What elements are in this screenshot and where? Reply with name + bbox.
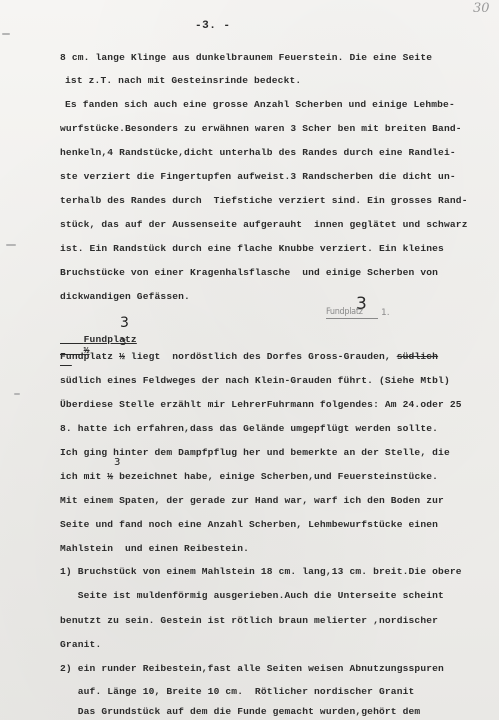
text-line: ist z.T. nach mit Gesteinsrinde bedeckt.: [65, 75, 301, 86]
text-line: 8 cm. lange Klinge aus dunkelbraunem Feu…: [60, 52, 432, 63]
text-line: terhalb des Randes durch Tiefstiche verz…: [60, 195, 468, 206]
text-line: ste verziert die Fingertupfen aufweist.3…: [60, 171, 456, 182]
text-line: wurfstücke.Besonders zu erwähnen waren 3…: [60, 123, 462, 134]
stamp-number: 3: [356, 294, 367, 314]
stamp-tail: 1.: [381, 308, 390, 318]
list-item-line: 2) ein runder Reibestein,fast alle Seite…: [60, 663, 444, 674]
text-line: Fundplatz ½ liegt nordöstlich des Dorfes…: [60, 351, 438, 362]
text-line: Mit einem Spaten, der gerade zur Hand wa…: [60, 495, 444, 506]
margin-mark: [2, 33, 10, 35]
text-segment: Fundplatz: [60, 351, 119, 362]
list-item-line: auf. Länge 10, Breite 10 cm. Rötlicher n…: [60, 686, 414, 697]
text-line: 8. hatte ich erfahren,dass das Gelände u…: [60, 423, 438, 434]
list-item-line: Das Grundstück auf dem die Funde gemacht…: [60, 706, 420, 717]
text-segment: bezeichnet habe, einige Scherben,und Feu…: [113, 471, 438, 482]
page-number: -3. -: [195, 20, 231, 32]
text-line: Seite und fand noch eine Anzahl Scherben…: [60, 519, 438, 530]
margin-mark: [14, 393, 20, 395]
text-line: dickwandigen Gefässen.: [60, 291, 190, 302]
handwritten-superscript: 3: [114, 457, 120, 468]
text-line: Es fanden sich auch eine grosse Anzahl S…: [65, 99, 455, 110]
text-segment: ich mit: [60, 471, 107, 482]
list-item-line: Granit.: [60, 639, 101, 650]
text-line: südlich eines Feldweges der nach Klein-G…: [60, 375, 450, 386]
handwritten-superscript: 3: [120, 337, 126, 348]
margin-mark: [6, 244, 16, 246]
document-page: 30 -3. - 8 cm. lange Klinge aus dunkelbr…: [0, 0, 499, 720]
text-line: Mahlstein und einen Reibestein.: [60, 543, 249, 554]
text-line: ist. Ein Randstück durch eine flache Knu…: [60, 243, 444, 254]
struck-text: südlich: [397, 351, 438, 362]
text-line: Bruchstücke von einer Kragenhalsflasche …: [60, 267, 438, 278]
list-item-line: 1) Bruchstück von einem Mahlstein 18 cm.…: [60, 566, 462, 577]
text-line: ich mit ½ bezeichnet habe, einige Scherb…: [60, 471, 438, 482]
text-line: henkeln,4 Randstücke,dicht unterhalb des…: [60, 147, 456, 158]
heading-text: Fundplatz: [84, 334, 137, 345]
text-segment: liegt nordöstlich des Dorfes Gross-Graud…: [125, 351, 397, 362]
text-line: Überdiese Stelle erzählt mir LehrerFuhrm…: [60, 399, 462, 410]
text-line: stück, das auf der Aussenseite aufgerauh…: [60, 219, 468, 230]
list-item-line: Seite ist muldenförmig ausgerieben.Auch …: [60, 590, 444, 601]
stamp-underline: [326, 318, 378, 319]
handwritten-page-number: 30: [473, 1, 490, 16]
list-item-line: benutzt zu sein. Gestein ist rötlich bra…: [60, 615, 438, 626]
heading-handwritten-number: 3: [120, 315, 129, 331]
